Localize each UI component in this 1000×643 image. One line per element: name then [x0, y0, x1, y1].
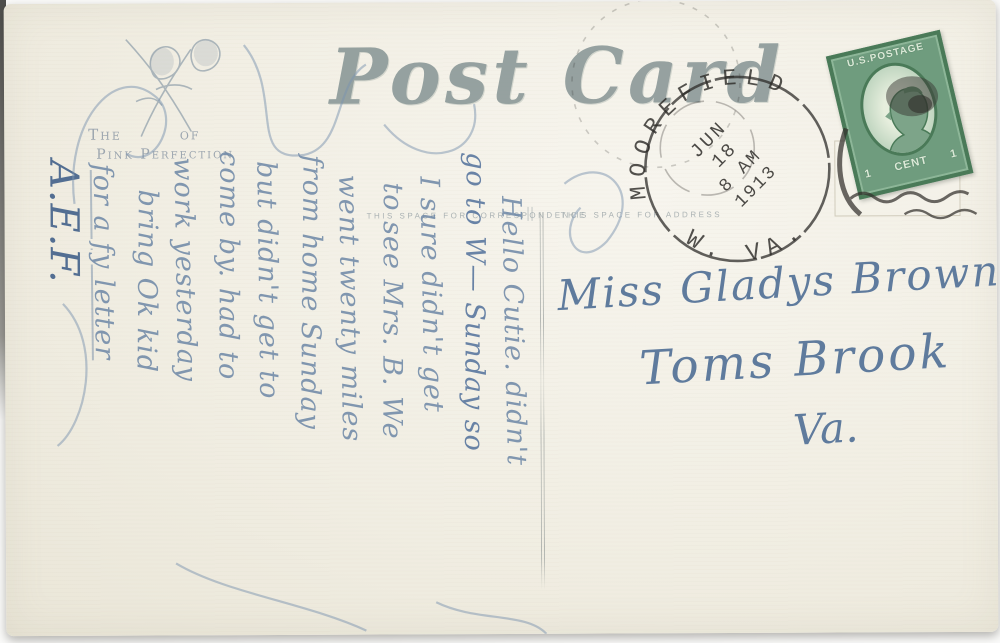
- publisher-word-the: The: [88, 126, 122, 144]
- handwritten-message: Hello Cutie. didn'tgo to W— Sunday soI s…: [12, 148, 536, 636]
- message-line: I sure didn't get: [408, 148, 458, 636]
- postmark-month: JUN: [686, 117, 732, 163]
- address-name: Miss Gladys Brown: [556, 247, 988, 320]
- message-line: work yesterday: [162, 149, 211, 636]
- center-divider-line: [540, 212, 546, 590]
- message-line: come by. had to: [206, 149, 249, 636]
- postcard-photo: Theof Pink Perfection Post Card THIS SPA…: [0, 0, 1000, 643]
- postmark-date-block: JUN 18 8 AM 1913: [683, 114, 782, 212]
- postmark-time: 8 AM: [716, 146, 766, 196]
- message-line: bring Ok kid: [123, 149, 168, 636]
- message-line: went twenty miles: [327, 148, 375, 636]
- postmark-day: 18: [707, 138, 742, 173]
- washington-portrait-oval: [851, 55, 947, 164]
- message-line: for a fy letter: [82, 150, 129, 637]
- message-line: to see Mrs. B. We: [371, 148, 413, 636]
- message-line: Hello Cutie. didn't: [489, 148, 541, 637]
- postcard-back: Theof Pink Perfection Post Card THIS SPA…: [4, 0, 999, 636]
- george-washington-profile-icon: [854, 57, 946, 164]
- address-space-label: THIS SPACE FOR ADDRESS: [561, 210, 723, 220]
- stamp-numeral-right: 1: [949, 147, 959, 160]
- message-line: go to W— Sunday so: [452, 148, 496, 636]
- postmark-year: 1913: [731, 162, 781, 212]
- message-lines: Hello Cutie. didn'tgo to W— Sunday soI s…: [42, 148, 536, 636]
- message-line: from home Sunday: [287, 149, 333, 637]
- address-state: Va.: [792, 395, 996, 455]
- message-line: A.E.F.: [42, 150, 85, 636]
- post-card-title: Post Card: [322, 31, 792, 123]
- stamp-numeral-left: 1: [864, 167, 874, 180]
- recipient-address: Miss Gladys Brown Toms Brook Va.: [556, 247, 996, 468]
- publisher-word-of: of: [180, 125, 201, 143]
- address-town: Toms Brook: [638, 322, 993, 397]
- stamp-cent-text: CENT: [893, 154, 929, 173]
- message-line: but didn't get to: [245, 149, 292, 636]
